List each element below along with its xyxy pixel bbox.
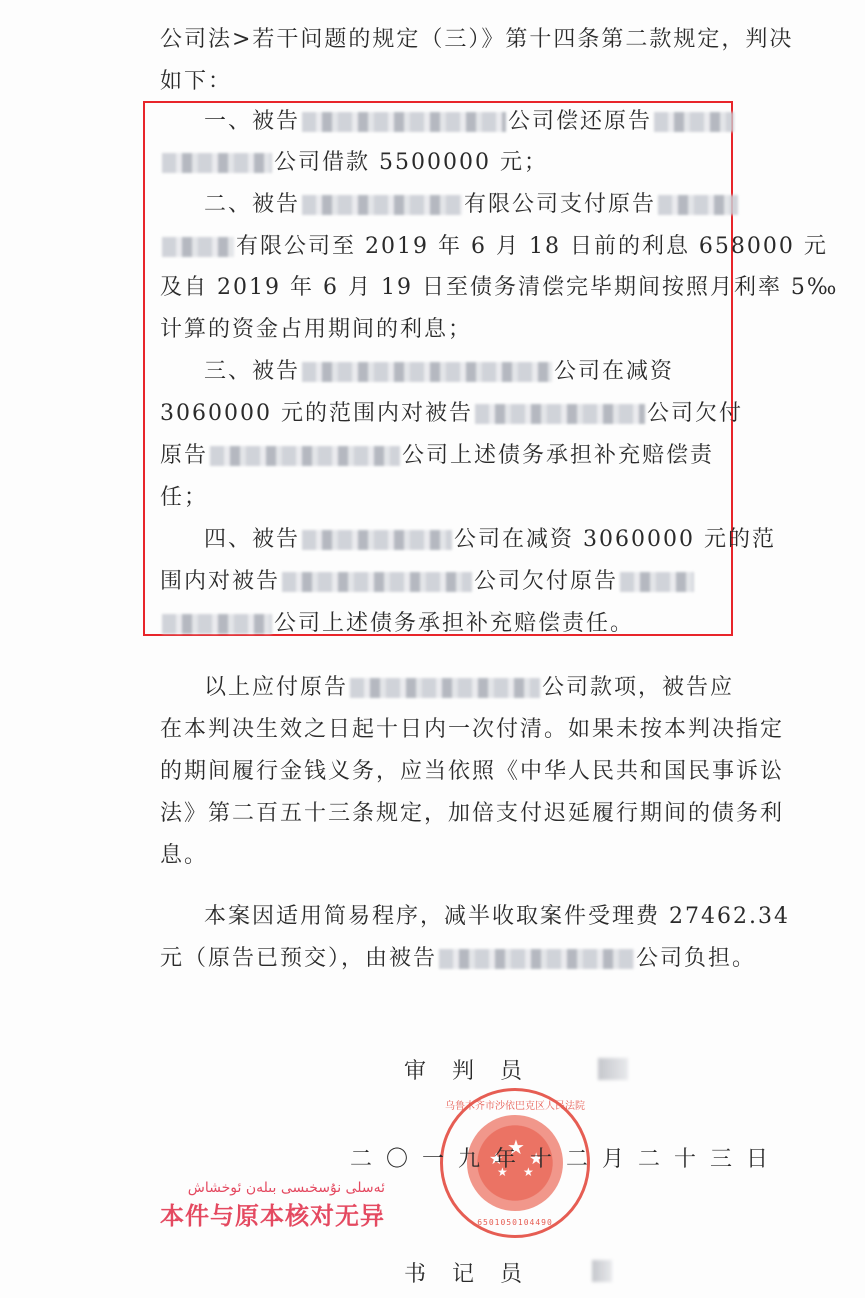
item-text: 公司欠付 (647, 401, 743, 426)
item-text: 三、被告 (204, 359, 300, 384)
payment-line-5: 息。 (160, 841, 720, 871)
item-text: 公司负担。 (636, 946, 756, 971)
redacted-name (620, 572, 694, 592)
judgment-item-1-line-2: 公司借款 5500000 元； (160, 148, 720, 178)
copy-stamp-chinese: 本件与原本核对无异 (160, 1196, 385, 1231)
item-text: 围内对被告 (160, 569, 280, 594)
item-text: 有限公司至 2019 年 6 月 18 日前的利息 658000 元 (236, 234, 828, 259)
item-text: 公司偿还原告 (508, 109, 652, 134)
item-text: 二、被告 (204, 192, 300, 217)
item-text: 公司款项，被告应 (542, 675, 734, 700)
item-text: 公司上述债务承担补充赔偿责 (402, 443, 714, 468)
item-text: 元（原告已预交），由被告 (160, 946, 437, 971)
judgment-item-4-line-2: 围内对被告公司欠付原告 (160, 567, 720, 597)
redacted-name (302, 195, 462, 215)
judgment-item-1-line-1: 一、被告公司偿还原告 (160, 107, 720, 137)
redacted-judge-name (598, 1058, 628, 1080)
redacted-name (210, 446, 400, 466)
redacted-name (302, 112, 506, 132)
redacted-name (350, 678, 540, 698)
redacted-name (162, 237, 234, 257)
item-text: 公司在减资 3060000 元的范 (454, 527, 776, 552)
item-text: 公司上述债务承担补充赔偿责任。 (274, 611, 634, 636)
redacted-name (658, 195, 738, 215)
item-text: 公司借款 5500000 元； (274, 150, 548, 175)
item-text: 以上应付原告 (204, 675, 348, 700)
payment-line-3: 的期间履行金钱义务，应当依照《中华人民共和国民事诉讼 (160, 757, 720, 787)
redacted-name (162, 153, 272, 173)
judge-label: 审判员 (404, 1054, 548, 1085)
judgment-item-2-line-1: 二、被告有限公司支付原告 (160, 190, 720, 220)
redacted-name (302, 362, 552, 382)
redacted-name (302, 530, 452, 550)
intro-line-2: 如下： (160, 67, 720, 97)
redacted-name (282, 572, 472, 592)
payment-line-2: 在本判决生效之日起十日内一次付清。如果未按本判决指定 (160, 715, 720, 745)
judgment-item-3-line-1: 三、被告公司在减资 (160, 357, 720, 387)
judgment-item-3-line-3: 原告公司上述债务承担补充赔偿责 (160, 441, 720, 471)
redacted-name (654, 112, 734, 132)
judgment-item-2-line-4: 计算的资金占用期间的利息； (160, 315, 720, 345)
copy-stamp-uyghur: ئەسلى نۇسخىسى بىلەن ئوخشاش (160, 1180, 385, 1196)
judgment-item-3-line-2: 3060000 元的范围内对被告公司欠付 (160, 399, 720, 429)
document-page: 公司法>若干问题的规定（三）》第十四条第二款规定，判决 如下： 一、被告公司偿还… (0, 0, 865, 1298)
item-text: 公司欠付原告 (474, 569, 618, 594)
redacted-name (162, 614, 272, 634)
fee-line-2: 元（原告已预交），由被告公司负担。 (160, 944, 720, 974)
redacted-name (439, 949, 634, 969)
judgment-item-2-line-2: 有限公司至 2019 年 6 月 18 日前的利息 658000 元 (160, 232, 720, 262)
fee-line-1: 本案因适用简易程序，减半收取案件受理费 27462.34 (160, 902, 720, 932)
intro-line-1: 公司法>若干问题的规定（三）》第十四条第二款规定，判决 (160, 25, 720, 55)
seal-court-name: 乌鲁木齐市沙依巴克区人民法院 (443, 1097, 587, 1112)
judgment-item-3-line-4: 任； (160, 483, 720, 513)
redacted-clerk-name (592, 1260, 612, 1282)
judgment-item-4-line-1: 四、被告公司在减资 3060000 元的范 (160, 525, 720, 555)
judgment-date: 二〇一九年十二月二十三日 (350, 1142, 782, 1173)
judgment-item-4-line-3: 公司上述债务承担补充赔偿责任。 (160, 609, 720, 639)
item-text: 公司在减资 (554, 359, 674, 384)
payment-line-1: 以上应付原告公司款项，被告应 (160, 673, 720, 703)
copy-verification-stamp: ئەسلى نۇسخىسى بىلەن ئوخشاش 本件与原本核对无异 (160, 1180, 385, 1231)
seal-code: 6501050104490 (443, 1218, 587, 1227)
item-text: 原告 (160, 443, 208, 468)
clerk-label: 书记员 (404, 1257, 548, 1288)
item-text: 有限公司支付原告 (464, 192, 656, 217)
redacted-name (475, 404, 645, 424)
item-text: 一、被告 (204, 109, 300, 134)
judgment-item-2-line-3: 及自 2019 年 6 月 19 日至债务清偿完毕期间按照月利率 5‰ (160, 273, 720, 303)
item-text: 四、被告 (204, 527, 300, 552)
payment-line-4: 法》第二百五十三条规定，加倍支付迟延履行期间的债务利 (160, 799, 720, 829)
item-text: 3060000 元的范围内对被告 (160, 401, 473, 426)
